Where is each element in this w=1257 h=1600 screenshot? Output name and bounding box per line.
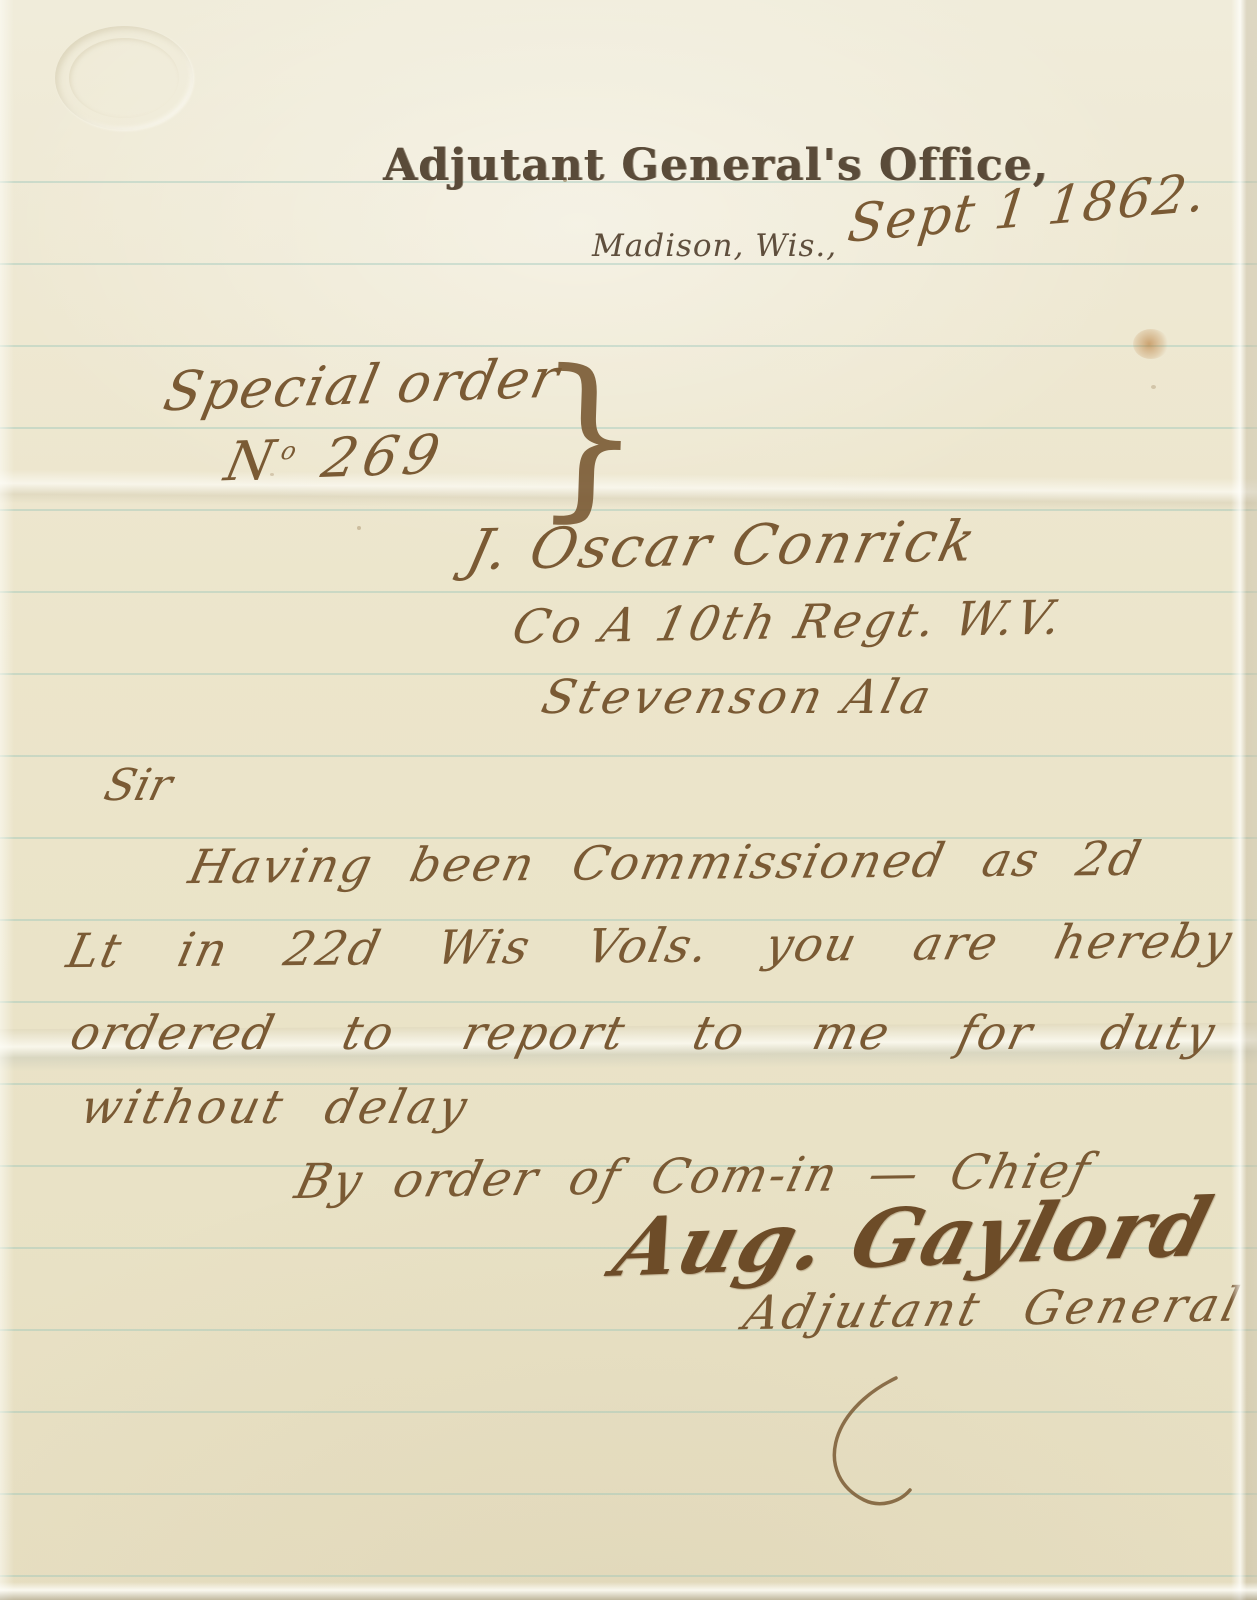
addressee-location: Stevenson Ala [536,670,940,725]
special-order-number: No 269 [220,422,452,493]
body-line-2: Lt in 22d Wis Vols. you are hereby [62,914,1239,979]
order-brace: } [532,346,645,526]
order-number-value: 269 [317,422,452,490]
salutation: Sir [99,760,177,811]
ink-speck [357,526,361,530]
addressee-name: J. Oscar Conrick [461,509,984,583]
body-line-1: Having been Commissioned as 2d [184,832,1148,895]
page-edge-left [0,0,14,1600]
body-line-4: without delay [75,1080,475,1135]
addressee-unit: Co A 10th Regt. W.V. [507,590,1069,655]
order-number-prefix: N [220,428,287,493]
ink-speck [1151,385,1156,389]
letterhead-office-title: Adjutant General's Office, [383,140,1049,191]
page-edge-bottom [0,1582,1257,1600]
signature-flourish [768,1372,988,1522]
special-order-label: Special order [159,346,567,423]
letterhead-place: Madison, Wis., [592,228,837,264]
embossed-seal-mark [55,26,193,130]
signature-name: Aug. Gaylord [605,1179,1222,1295]
letter-page: Adjutant General's Office, Madison, Wis.… [0,0,1257,1600]
stain-mark [1133,329,1169,359]
order-number-superscript: o [278,435,305,465]
signature-title: Adjutant General [738,1277,1248,1341]
page-edge-right [1231,0,1257,1600]
body-line-3: ordered to report to me for duty [65,1006,1221,1061]
